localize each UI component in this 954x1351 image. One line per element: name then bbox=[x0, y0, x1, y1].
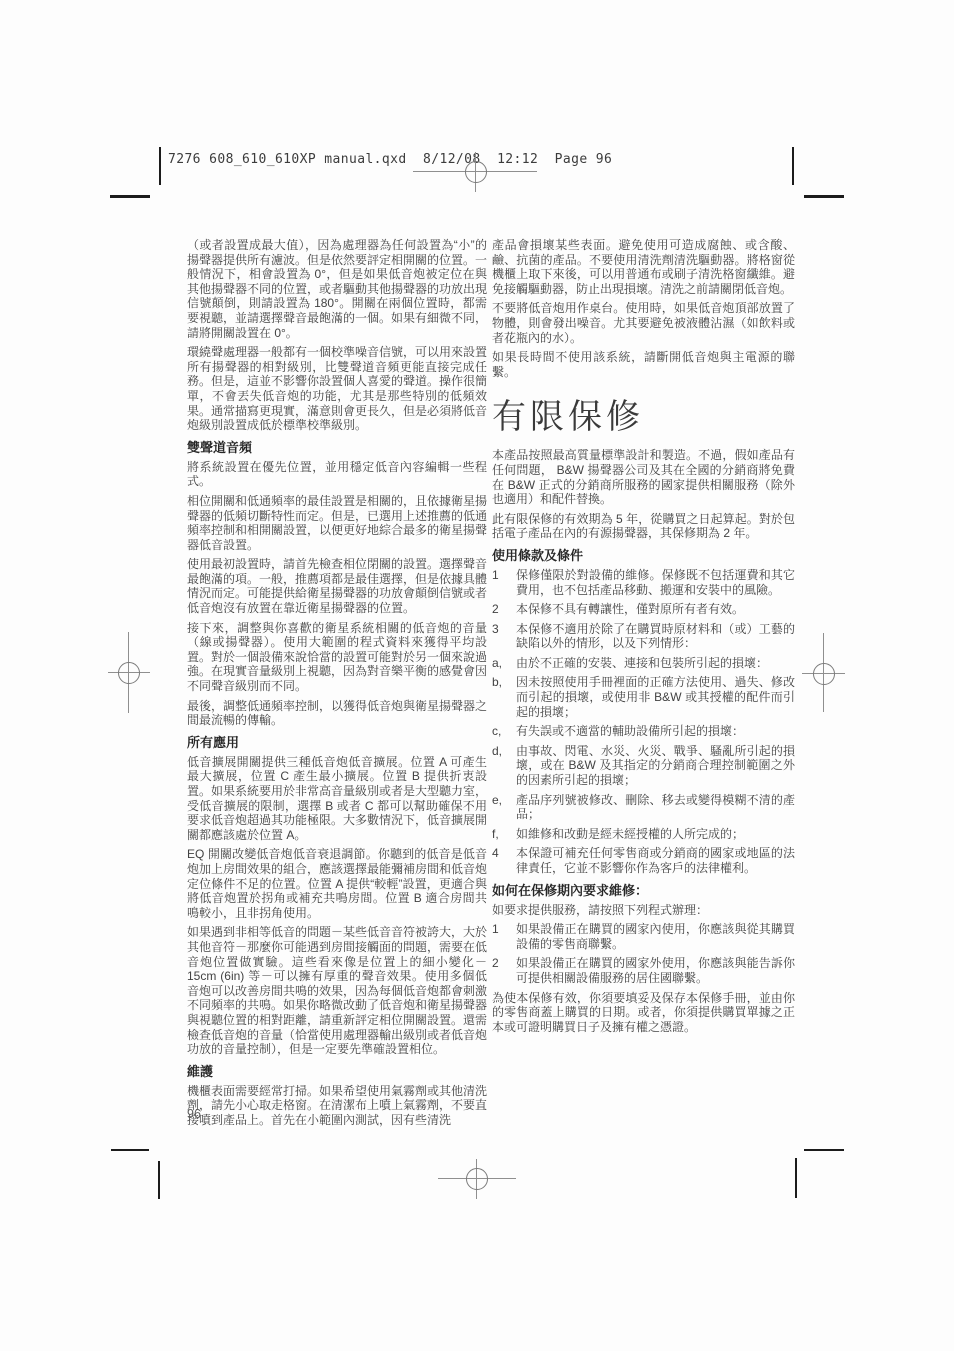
list-marker: 4 bbox=[492, 846, 516, 875]
section-heading: 雙聲道音頻 bbox=[187, 440, 487, 456]
list-item-text: 因未按照使用手冊裡面的正確方法使用、過失、修改而引起的損壞，或使用非 B&W 或… bbox=[516, 675, 795, 719]
section-heading: 使用條款及條件 bbox=[492, 548, 795, 564]
paragraph: 使用最初設置時，請首先檢查相位閉關的設置。選擇聲音最飽滿的項。一般，推薦項都是最… bbox=[187, 557, 487, 615]
list-marker: d, bbox=[492, 744, 516, 788]
list-item-text: 本保修不適用於除了在購買時原材料和（或）工藝的缺陷以外的情形，以及下列情形： bbox=[516, 622, 795, 651]
list-marker: a, bbox=[492, 656, 516, 671]
list-marker: f, bbox=[492, 827, 516, 842]
list-item: e,產品序列號被修改、刪除、移去或變得模糊不清的產品； bbox=[492, 793, 795, 822]
section-heading: 維護 bbox=[187, 1064, 487, 1080]
paragraph: EQ 開關改變低音炮低音衰退調節。你聽到的低音是低音炮加上房間效果的組合，應該選… bbox=[187, 847, 487, 920]
paragraph: 低音擴展開關提供三種低音炮低音擴展。位置 A 可產生最大擴展，位置 C 產生最小… bbox=[187, 755, 487, 843]
list-marker: 1 bbox=[492, 568, 516, 597]
paragraph: 本產品按照最高質量標準設計和製造。不過，假如產品有任何問題， B&W 揚聲器公司… bbox=[492, 448, 795, 506]
page-number: 96 bbox=[187, 1107, 201, 1121]
print-header: 7276 608_610_610XP manual.qxd 8/12/08 12… bbox=[168, 152, 612, 167]
scanned-manual-page: 7276 608_610_610XP manual.qxd 8/12/08 12… bbox=[0, 0, 954, 1351]
paragraph: 為使本保修有效，你須要填妥及保存本保修手冊，並由你的零售商蓋上購買的日期。或者，… bbox=[492, 991, 795, 1035]
list-item-text: 本保修不具有轉讓性，僅對原所有者有效。 bbox=[516, 602, 795, 617]
list-item-text: 由於不正確的安裝、連接和包裝所引起的損壞： bbox=[516, 656, 795, 671]
trim-mark-top-left-horizontal bbox=[110, 195, 150, 198]
list-item: 3本保修不適用於除了在購買時原材料和（或）工藝的缺陷以外的情形，以及下列情形： bbox=[492, 622, 795, 651]
left-column: （或者設置成最大值），因為處理器為任何設置為“小”的揚聲器提供所有濾波。但是依然… bbox=[187, 238, 487, 1132]
registration-mark-top-center bbox=[413, 152, 537, 192]
right-column: 產品會損壞某些表面。避免使用可造成腐蝕、或含酸、鹼、抗菌的產品。不要使用清洗劑清… bbox=[492, 238, 795, 1039]
list-item: d,由事故、閃電、水災、火災、戰爭、騷亂所引起的損壞，或在 B&W 及其指定的分… bbox=[492, 744, 795, 788]
list-item: 2本保修不具有轉讓性，僅對原所有者有效。 bbox=[492, 602, 795, 617]
trim-mark-top-right-vertical bbox=[792, 147, 794, 185]
registration-mark-right-middle bbox=[802, 633, 845, 712]
trim-mark-bottom-right-vertical bbox=[795, 1158, 797, 1198]
paragraph: （或者設置成最大值），因為處理器為任何設置為“小”的揚聲器提供所有濾波。但是依然… bbox=[187, 238, 487, 340]
list-item-text: 有失誤或不適當的輔助設備所引起的損壞： bbox=[516, 724, 795, 739]
section-heading: 如何在保修期內要求維修： bbox=[492, 883, 795, 899]
list-item-text: 如維修和改動是經未經授權的人所完成的； bbox=[516, 827, 795, 842]
paragraph: 機櫃表面需要經常打掃。如果希望使用氣霧劑或其他清洗劑，請先小心取走格窗。在清潔布… bbox=[187, 1084, 487, 1128]
list-item: b,因未按照使用手冊裡面的正確方法使用、過失、修改而引起的損壞，或使用非 B&W… bbox=[492, 675, 795, 719]
registration-mark-left-middle bbox=[108, 632, 150, 713]
list-marker: 1 bbox=[492, 922, 516, 951]
paragraph: 相位開關和低通頻率的最佳設置是相關的，且依據衛星揚聲器的低頻切斷特性而定。但是，… bbox=[187, 494, 487, 552]
list-item-text: 本保證可補充任何零售商或分銷商的國家或地區的法律責任，它並不影響你作為客戶的法律… bbox=[516, 846, 795, 875]
list-marker: c, bbox=[492, 724, 516, 739]
list-item-text: 如果設備正在購買的國家內使用，你應該與從其購買設備的零售商聯繫。 bbox=[516, 922, 795, 951]
list-marker: 2 bbox=[492, 956, 516, 985]
registration-mark-bottom-center bbox=[438, 1159, 516, 1199]
trim-mark-bottom-left-vertical bbox=[158, 1161, 160, 1199]
paragraph: 將系統設置在優先位置，並用穩定低音內容編輯一些程式。 bbox=[187, 460, 487, 489]
trim-mark-top-right-horizontal bbox=[804, 195, 844, 198]
registration-circle bbox=[118, 662, 140, 684]
registration-circle bbox=[465, 161, 487, 183]
list-marker: 2 bbox=[492, 602, 516, 617]
paragraph: 產品會損壞某些表面。避免使用可造成腐蝕、或含酸、鹼、抗菌的產品。不要使用清洗劑清… bbox=[492, 238, 795, 296]
trim-mark-bottom-left-horizontal bbox=[111, 1149, 149, 1151]
list-marker: e, bbox=[492, 793, 516, 822]
list-item: 1保修僅限於對設備的維修。保修既不包括運費和其它費用，也不包括產品移動、搬運和安… bbox=[492, 568, 795, 597]
main-heading: 有限保修 bbox=[492, 397, 795, 437]
list-item: 2如果設備正在購買的國家外使用，你應該與能告訴你可提供相關設備服務的居住國聯繫。 bbox=[492, 956, 795, 985]
registration-circle bbox=[466, 1168, 488, 1190]
trim-mark-bottom-right-horizontal bbox=[804, 1149, 844, 1151]
section-heading: 所有應用 bbox=[187, 735, 487, 751]
trim-mark-top-left-vertical bbox=[159, 147, 161, 185]
list-marker: 3 bbox=[492, 622, 516, 651]
list-item-text: 由事故、閃電、水災、火災、戰爭、騷亂所引起的損壞，或在 B&W 及其指定的分銷商… bbox=[516, 744, 795, 788]
paragraph: 如要求提供服務，請按照下列程式辦理： bbox=[492, 903, 795, 918]
paragraph: 如果長時間不使用該系統，請斷開低音炮與主電源的聯繫。 bbox=[492, 350, 795, 379]
paragraph: 環繞聲處理器一般都有一個校準噪音信號，可以用來設置所有揚聲器的相對級別，比雙聲道… bbox=[187, 345, 487, 433]
registration-circle bbox=[813, 663, 835, 685]
list-marker: b, bbox=[492, 675, 516, 719]
list-item-text: 保修僅限於對設備的維修。保修既不包括運費和其它費用，也不包括產品移動、搬運和安裝… bbox=[516, 568, 795, 597]
paragraph: 如果遇到非相等低音的問題－某些低音音符被誇大，大於其他音符－那麼你可能遇到房間接… bbox=[187, 925, 487, 1056]
list-item-text: 如果設備正在購買的國家外使用，你應該與能告訴你可提供相關設備服務的居住國聯繫。 bbox=[516, 956, 795, 985]
paragraph: 不要將低音炮用作桌台。使用時，如果低音炮頂部放置了物體，則會發出噪音。尤其要避免… bbox=[492, 301, 795, 345]
list-item: 4本保證可補充任何零售商或分銷商的國家或地區的法律責任，它並不影響你作為客戶的法… bbox=[492, 846, 795, 875]
list-item: a,由於不正確的安裝、連接和包裝所引起的損壞： bbox=[492, 656, 795, 671]
list-item: c,有失誤或不適當的輔助設備所引起的損壞： bbox=[492, 724, 795, 739]
paragraph: 此有限保修的有效期為 5 年，從購買之日起算起。對於包括電子產品在內的有源揚聲器… bbox=[492, 512, 795, 541]
list-item: 1如果設備正在購買的國家內使用，你應該與從其購買設備的零售商聯繫。 bbox=[492, 922, 795, 951]
list-item: f,如維修和改動是經未經授權的人所完成的； bbox=[492, 827, 795, 842]
list-item-text: 產品序列號被修改、刪除、移去或變得模糊不清的產品； bbox=[516, 793, 795, 822]
paragraph: 最後，調整低通頻率控制，以獲得低音炮與衛星揚聲器之間最流暢的傳輸。 bbox=[187, 699, 487, 728]
paragraph: 接下來，調整與你喜歡的衛星系統相關的低音炮的音量（線或揚聲器）。使用大範圍的程式… bbox=[187, 621, 487, 694]
